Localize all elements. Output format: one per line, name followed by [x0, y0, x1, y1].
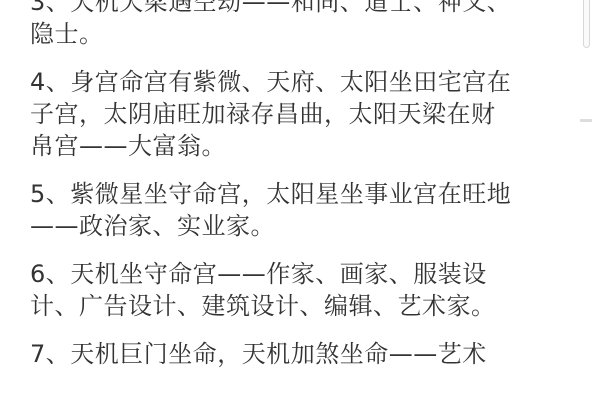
text-line: 3、天机天梁遇空劫——和尚、道士、神父、 — [30, 0, 570, 18]
text-line: 4、身宫命宫有紫微、天府、太阳坐田宅宫在 — [30, 66, 570, 98]
text-line: 计、广告设计、建筑设计、编辑、艺术家。 — [30, 290, 570, 322]
paragraph-3: 3、天机天梁遇空劫——和尚、道士、神父、 隐士。 — [30, 0, 570, 50]
text-line: 7、天机巨门坐命，天机加煞坐命——艺术 — [30, 338, 570, 370]
paragraph-7: 7、天机巨门坐命，天机加煞坐命——艺术 — [30, 338, 570, 370]
text-line: 子宫，太阴庙旺加禄存昌曲，太阳天梁在财 — [30, 98, 570, 130]
text-line: 隐士。 — [30, 18, 570, 50]
article-body: 3、天机天梁遇空劫——和尚、道士、神父、 隐士。 4、身宫命宫有紫微、天府、太阳… — [30, 0, 570, 386]
text-line: 帛宫——大富翁。 — [30, 130, 570, 162]
paragraph-5: 5、紫微星坐守命宫，太阳星坐事业宫在旺地 ——政治家、实业家。 — [30, 178, 570, 242]
scroll-indicator — [580, 119, 592, 122]
text-line: 5、紫微星坐守命宫，太阳星坐事业宫在旺地 — [30, 178, 570, 210]
text-line: ——政治家、实业家。 — [30, 210, 570, 242]
paragraph-6: 6、天机坐守命宫——作家、画家、服装设 计、广告设计、建筑设计、编辑、艺术家。 — [30, 258, 570, 322]
scrollbar[interactable] — [583, 0, 590, 48]
paragraph-4: 4、身宫命宫有紫微、天府、太阳坐田宅宫在 子宫，太阴庙旺加禄存昌曲，太阳天梁在财… — [30, 66, 570, 162]
text-line: 6、天机坐守命宫——作家、画家、服装设 — [30, 258, 570, 290]
